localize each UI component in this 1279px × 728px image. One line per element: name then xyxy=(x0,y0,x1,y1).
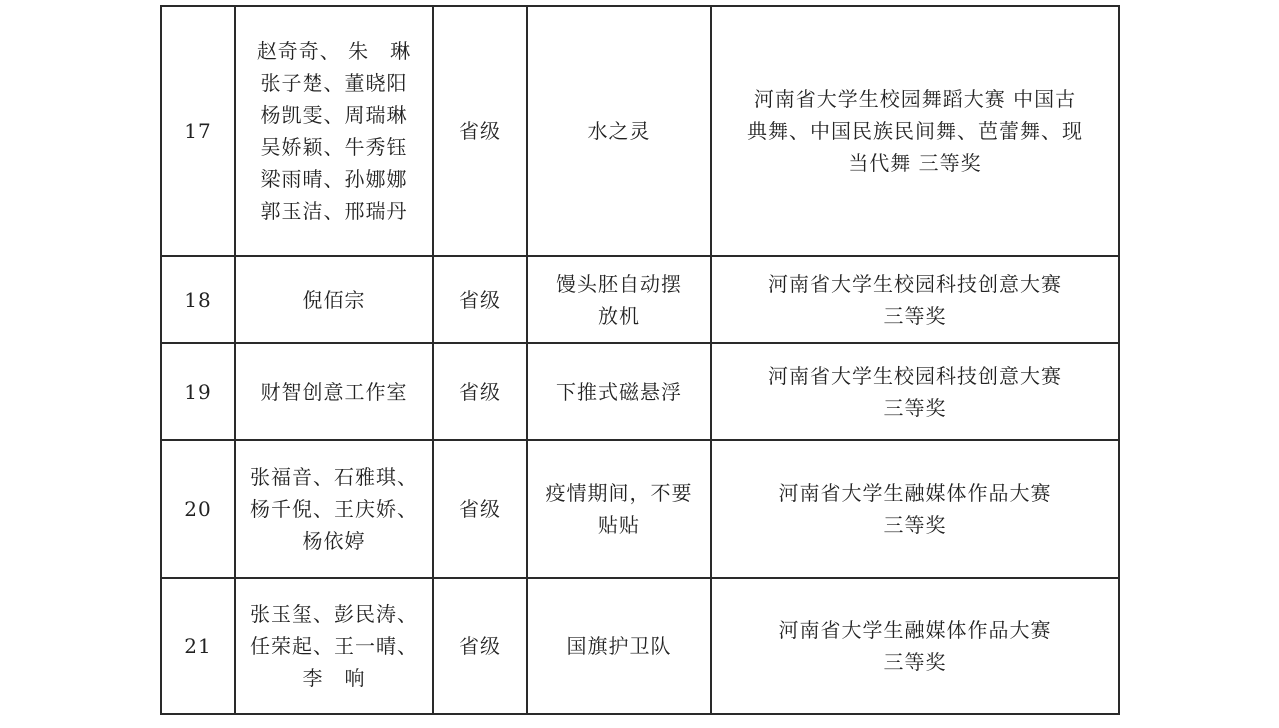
participants-cell: 倪佰宗 xyxy=(235,256,433,343)
award-line: 三等奖 xyxy=(720,509,1110,541)
row-number: 18 xyxy=(161,256,235,343)
row-number: 21 xyxy=(161,578,235,714)
work-title-line: 贴贴 xyxy=(536,509,702,541)
table-row: 19 财智创意工作室 省级 下推式磁悬浮 河南省大学生校园科技创意大赛 三等奖 xyxy=(161,343,1119,440)
work-title-line: 放机 xyxy=(536,300,702,332)
participants-cell: 赵奇奇、 朱 琳 张子楚、董晓阳 杨凯雯、周瑞琳 吴娇颖、牛秀钰 梁雨晴、孙娜娜… xyxy=(235,6,433,256)
participants-line: 李 响 xyxy=(244,662,424,694)
participants-line: 张玉玺、彭民涛、 xyxy=(244,598,424,630)
participants-line: 杨千倪、王庆娇、 xyxy=(244,493,424,525)
work-title-cell: 下推式磁悬浮 xyxy=(527,343,711,440)
participants-line: 郭玉洁、邢瑞丹 xyxy=(244,195,424,227)
table-row: 21 张玉玺、彭民涛、 任荣起、王一晴、 李 响 省级 国旗护卫队 河南省大学生… xyxy=(161,578,1119,714)
participants-line: 张子楚、董晓阳 xyxy=(244,67,424,99)
award-cell: 河南省大学生融媒体作品大赛 三等奖 xyxy=(711,578,1119,714)
row-number: 17 xyxy=(161,6,235,256)
award-line: 三等奖 xyxy=(720,300,1110,332)
level-cell: 省级 xyxy=(433,256,527,343)
level-cell: 省级 xyxy=(433,440,527,578)
participants-line: 杨凯雯、周瑞琳 xyxy=(244,99,424,131)
row-number: 20 xyxy=(161,440,235,578)
award-line: 河南省大学生融媒体作品大赛 xyxy=(720,614,1110,646)
work-title-line: 疫情期间，不要 xyxy=(536,477,702,509)
work-title-cell: 国旗护卫队 xyxy=(527,578,711,714)
award-line: 三等奖 xyxy=(720,392,1110,424)
work-title-cell: 疫情期间，不要 贴贴 xyxy=(527,440,711,578)
participants-line: 吴娇颖、牛秀钰 xyxy=(244,131,424,163)
level-cell: 省级 xyxy=(433,578,527,714)
work-title-line: 国旗护卫队 xyxy=(536,630,702,662)
award-cell: 河南省大学生融媒体作品大赛 三等奖 xyxy=(711,440,1119,578)
participants-line: 张福音、石雅琪、 xyxy=(244,461,424,493)
participants-cell: 张玉玺、彭民涛、 任荣起、王一晴、 李 响 xyxy=(235,578,433,714)
level-cell: 省级 xyxy=(433,6,527,256)
participants-line: 倪佰宗 xyxy=(244,284,424,316)
award-line: 典舞、中国民族民间舞、芭蕾舞、现 xyxy=(720,115,1110,147)
award-line: 当代舞 三等奖 xyxy=(720,147,1110,179)
work-title-cell: 馒头胚自动摆 放机 xyxy=(527,256,711,343)
award-line: 河南省大学生校园舞蹈大赛 中国古 xyxy=(720,83,1110,115)
participants-line: 财智创意工作室 xyxy=(244,376,424,408)
award-cell: 河南省大学生校园科技创意大赛 三等奖 xyxy=(711,256,1119,343)
award-line: 河南省大学生校园科技创意大赛 xyxy=(720,268,1110,300)
work-title-line: 下推式磁悬浮 xyxy=(536,376,702,408)
participants-line: 任荣起、王一晴、 xyxy=(244,630,424,662)
participants-cell: 张福音、石雅琪、 杨千倪、王庆娇、 杨依婷 xyxy=(235,440,433,578)
table-row: 17 赵奇奇、 朱 琳 张子楚、董晓阳 杨凯雯、周瑞琳 吴娇颖、牛秀钰 梁雨晴、… xyxy=(161,6,1119,256)
row-number: 19 xyxy=(161,343,235,440)
awards-table: 17 赵奇奇、 朱 琳 张子楚、董晓阳 杨凯雯、周瑞琳 吴娇颖、牛秀钰 梁雨晴、… xyxy=(160,5,1120,715)
award-line: 三等奖 xyxy=(720,646,1110,678)
participants-line: 赵奇奇、 朱 琳 xyxy=(244,35,424,67)
work-title-cell: 水之灵 xyxy=(527,6,711,256)
award-line: 河南省大学生校园科技创意大赛 xyxy=(720,360,1110,392)
participants-line: 梁雨晴、孙娜娜 xyxy=(244,163,424,195)
table-row: 18 倪佰宗 省级 馒头胚自动摆 放机 河南省大学生校园科技创意大赛 三等奖 xyxy=(161,256,1119,343)
participants-line: 杨依婷 xyxy=(244,525,424,557)
level-cell: 省级 xyxy=(433,343,527,440)
table-row: 20 张福音、石雅琪、 杨千倪、王庆娇、 杨依婷 省级 疫情期间，不要 贴贴 河… xyxy=(161,440,1119,578)
work-title-line: 馒头胚自动摆 xyxy=(536,268,702,300)
participants-cell: 财智创意工作室 xyxy=(235,343,433,440)
award-cell: 河南省大学生校园舞蹈大赛 中国古 典舞、中国民族民间舞、芭蕾舞、现 当代舞 三等… xyxy=(711,6,1119,256)
award-cell: 河南省大学生校园科技创意大赛 三等奖 xyxy=(711,343,1119,440)
award-line: 河南省大学生融媒体作品大赛 xyxy=(720,477,1110,509)
work-title-line: 水之灵 xyxy=(536,115,702,147)
